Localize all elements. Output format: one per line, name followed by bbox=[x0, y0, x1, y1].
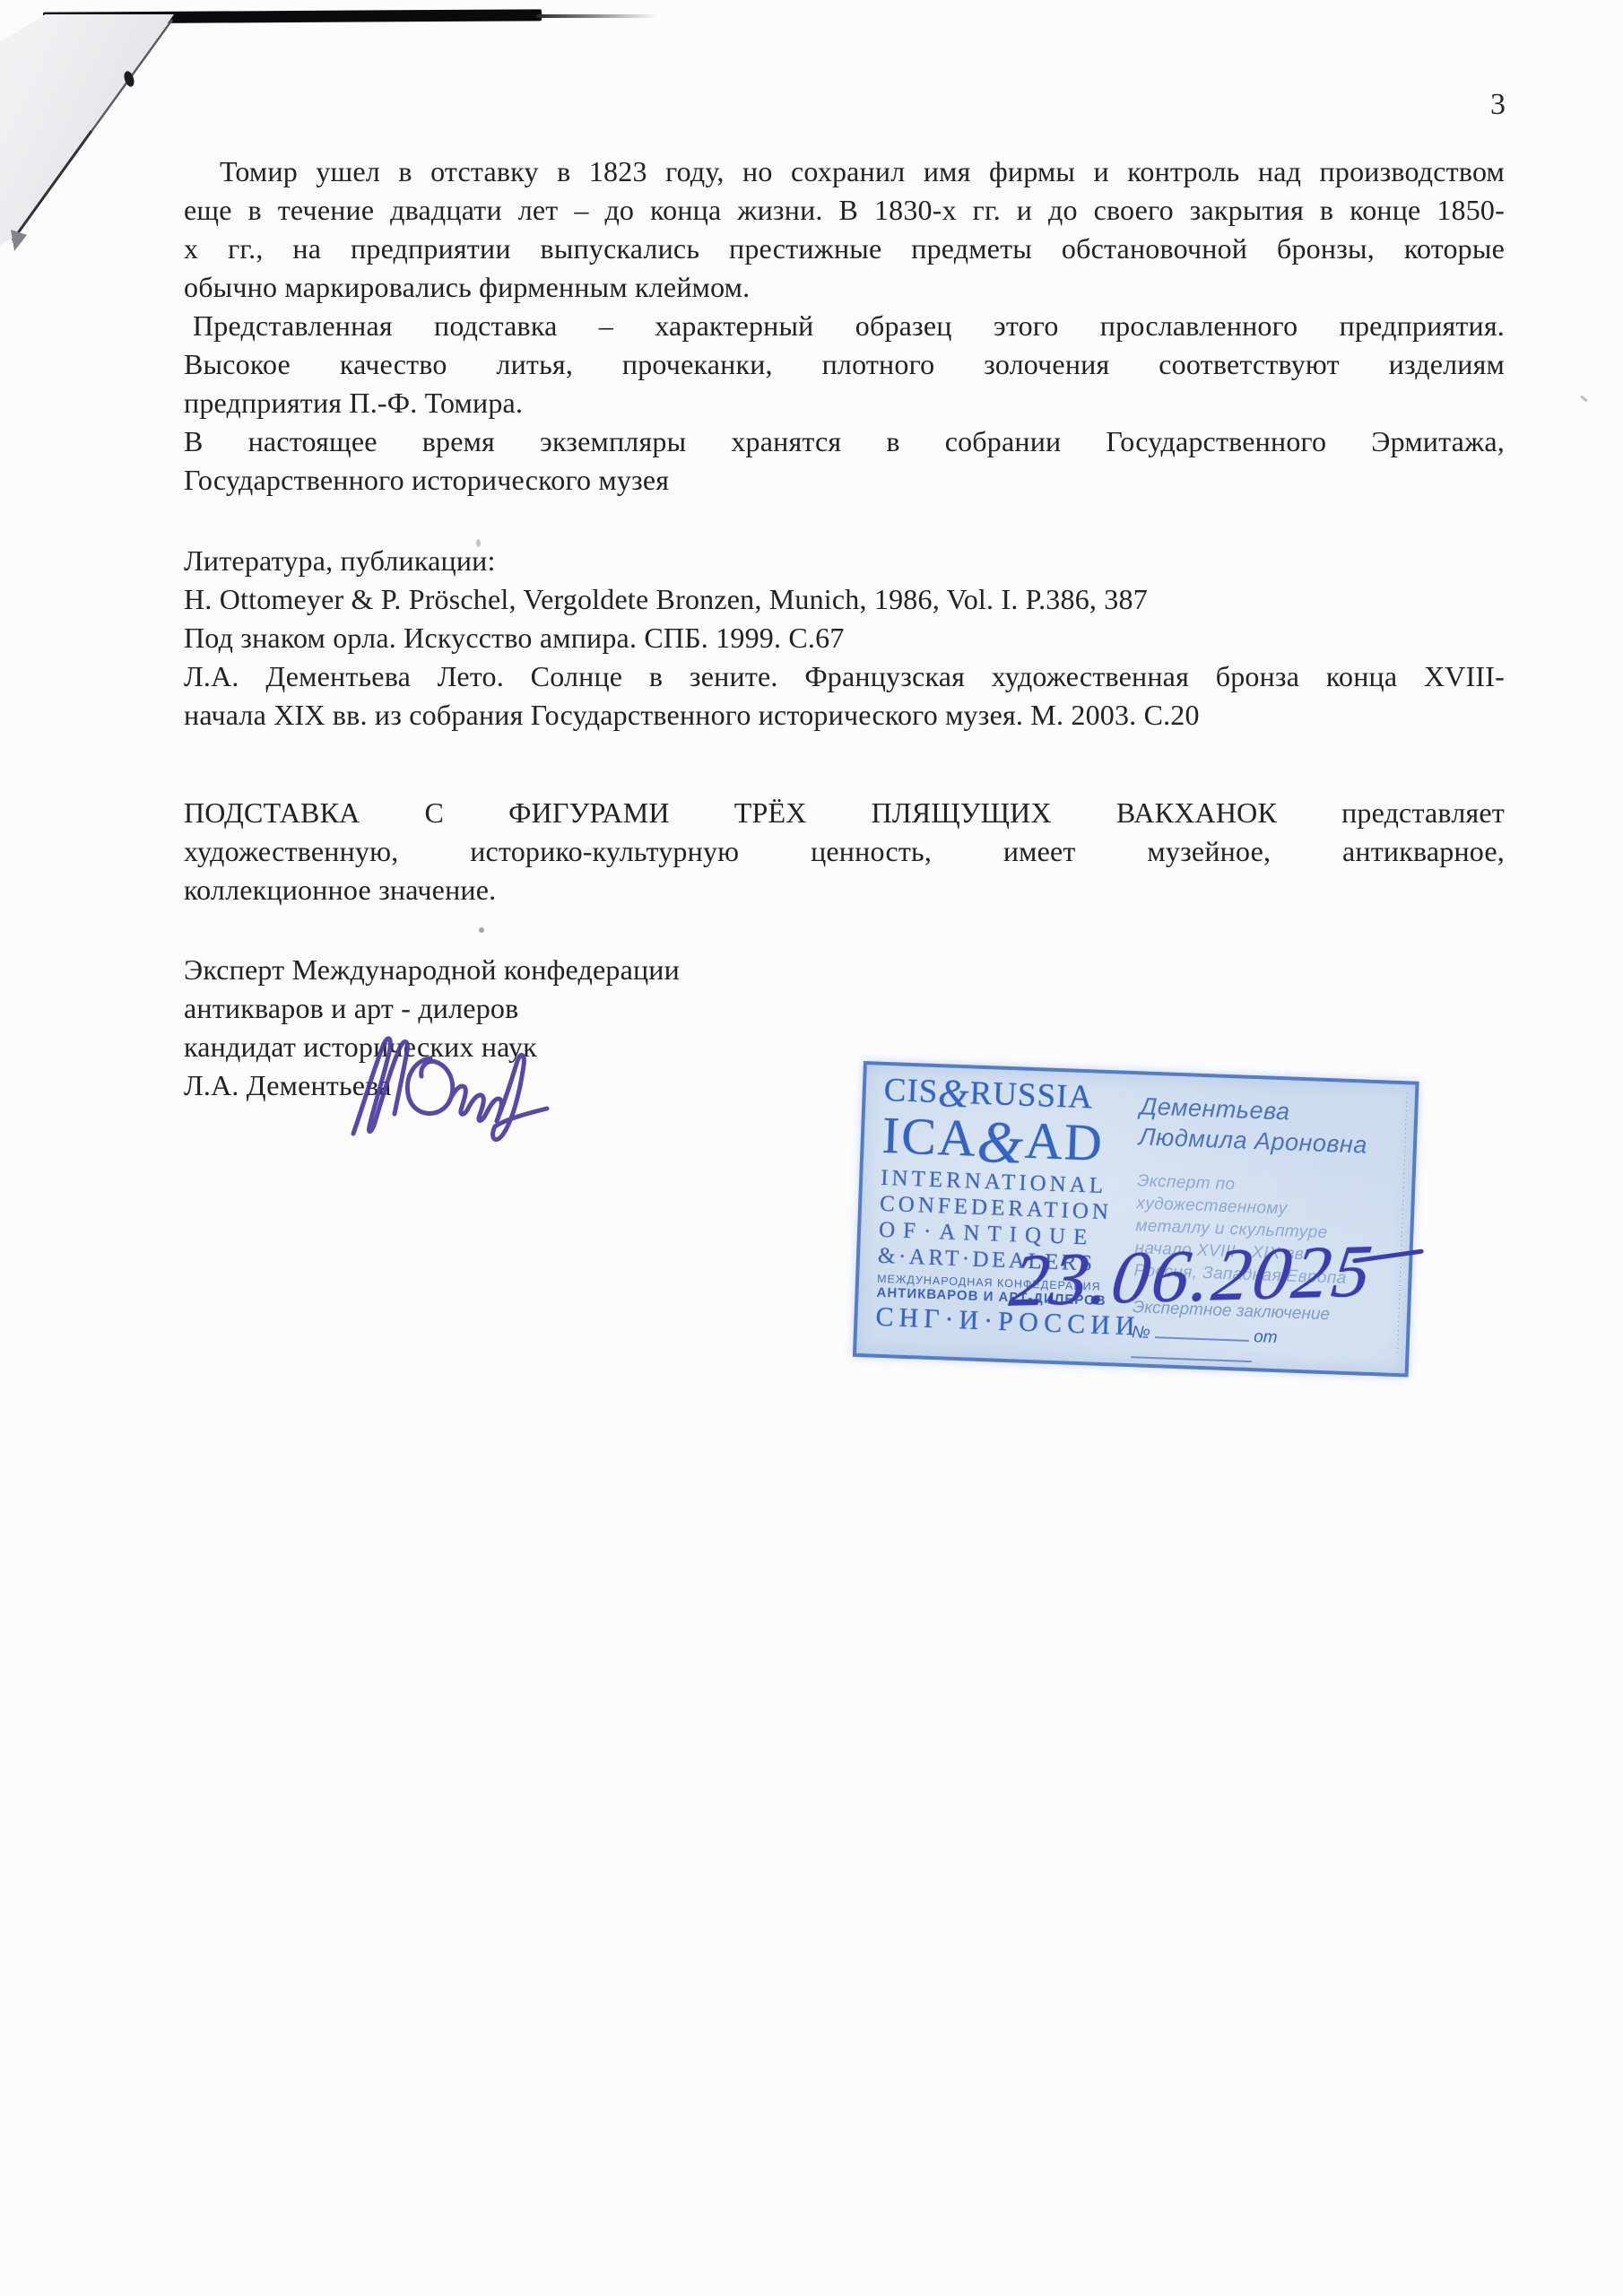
stamp-date-blank bbox=[1131, 1343, 1253, 1362]
stamp-from-label: от bbox=[1254, 1327, 1278, 1347]
text-line: предприятия П.-Ф. Томира. bbox=[184, 384, 1505, 422]
text-line: Представленная подставка – характерный о… bbox=[184, 307, 1505, 345]
expert-organization-stamp: CIS&RUSSIA ICA&AD INTERNATIONAL CONFEDER… bbox=[853, 1061, 1419, 1377]
page-number: 3 bbox=[1490, 88, 1506, 122]
text-line: еще в течение двадцати лет – до конца жи… bbox=[184, 191, 1505, 230]
handwritten-signature bbox=[348, 1028, 554, 1149]
paragraph-history: Томир ушел в отставку в 1823 году, но со… bbox=[184, 152, 1505, 500]
text-line: ПОДСТАВКА С ФИГУРАМИ ТРЁХ ПЛЯЩУЩИХ ВАКХА… bbox=[184, 794, 1505, 832]
stamp-border-microtext: ········································… bbox=[1391, 1091, 1411, 1357]
paragraph-conclusion: ПОДСТАВКА С ФИГУРАМИ ТРЁХ ПЛЯЩУЩИХ ВАКХА… bbox=[184, 794, 1505, 909]
text-line: обычно маркировались фирменным клеймом. bbox=[184, 268, 1505, 307]
text-line: H. Ottomeyer & P. Pröschel, Vergoldete B… bbox=[184, 580, 1505, 619]
stamp-cis-text: CIS bbox=[883, 1072, 939, 1110]
page-corner-edge-line bbox=[0, 0, 206, 269]
stamp-number-prefix: № bbox=[1132, 1323, 1150, 1343]
text-line: начала XIX вв. из собрания Государственн… bbox=[184, 696, 1505, 735]
text-line: Томир ушел в отставку в 1823 году, но со… bbox=[184, 152, 1505, 191]
stamp-acronym: ICA&AD bbox=[881, 1109, 1129, 1174]
paragraph-literature: Литература, публикации: H. Ottomeyer & P… bbox=[184, 542, 1505, 735]
ampersand-ligature: & bbox=[976, 1109, 1026, 1177]
text-line: Эксперт Международной конфедерации bbox=[184, 951, 758, 989]
text-line: Литература, публикации: bbox=[184, 542, 1505, 580]
text-line: х гг., на предприятии выпускались прести… bbox=[184, 230, 1505, 268]
stamp-number-line: № от bbox=[1131, 1322, 1383, 1372]
stamp-ica-text: ICA bbox=[881, 1106, 978, 1168]
stamp-number-blank bbox=[1155, 1323, 1250, 1342]
text-line: Высокое качество литья, прочеканки, плот… bbox=[184, 345, 1505, 384]
text-line: Государственного исторического музея bbox=[184, 461, 1505, 500]
scan-speck bbox=[1580, 395, 1588, 402]
text-line: антикваров и арт - дилеров bbox=[184, 989, 758, 1028]
scan-speck bbox=[479, 927, 484, 933]
handwritten-date: 23.06.2025 bbox=[1005, 1227, 1380, 1324]
scanner-edge-bar-tail bbox=[536, 14, 657, 18]
scanned-expertise-document-page: 3 Томир ушел в отставку в 1823 году, но … bbox=[0, 0, 1623, 2296]
text-line: художественную, историко-культурную ценн… bbox=[184, 832, 1505, 871]
text-line: коллекционное значение. bbox=[184, 871, 1505, 909]
text-line: Л.А. Дементьева Лето. Солнце в зените. Ф… bbox=[184, 657, 1505, 696]
text-line: В настоящее время экземпляры хранятся в … bbox=[184, 422, 1505, 461]
stamp-ad-text: AD bbox=[1024, 1111, 1105, 1172]
text-line: Под знаком орла. Искусство ампира. СПБ. … bbox=[184, 619, 1505, 657]
